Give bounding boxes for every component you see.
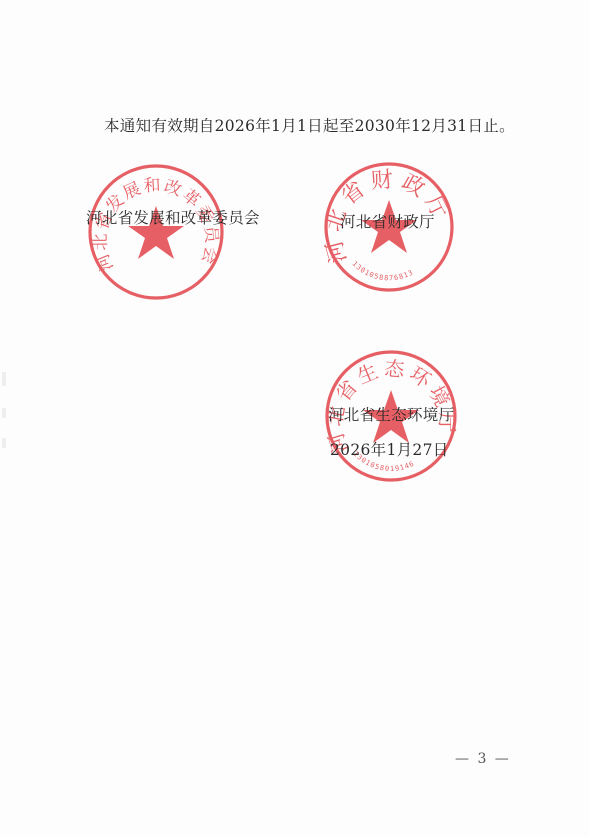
signatory-environment: 河北省生态环境厅: [328, 403, 454, 425]
scan-edge-mark: [2, 408, 6, 418]
signatory-finance: 河北省财政厅: [340, 210, 435, 232]
page-number: — 3 —: [455, 751, 511, 767]
validity-statement: 本通知有效期自2026年1月1日起至2030年12月31日止。: [104, 114, 515, 136]
official-seal-ndrc: 河北省发展和改革委员会: [86, 162, 226, 302]
scan-edge-mark: [2, 372, 6, 386]
scan-edge-mark: [2, 438, 6, 448]
seal-code: 1301058876813: [350, 260, 415, 283]
document-page: 本通知有效期自2026年1月1日起至2030年12月31日止。 河北省发展和改革…: [0, 0, 589, 837]
signatory-ndrc: 河北省发展和改革委员会: [86, 206, 260, 228]
svg-text:1301058876813: 1301058876813: [350, 260, 415, 283]
issue-date: 2026年1月27日: [330, 438, 449, 460]
